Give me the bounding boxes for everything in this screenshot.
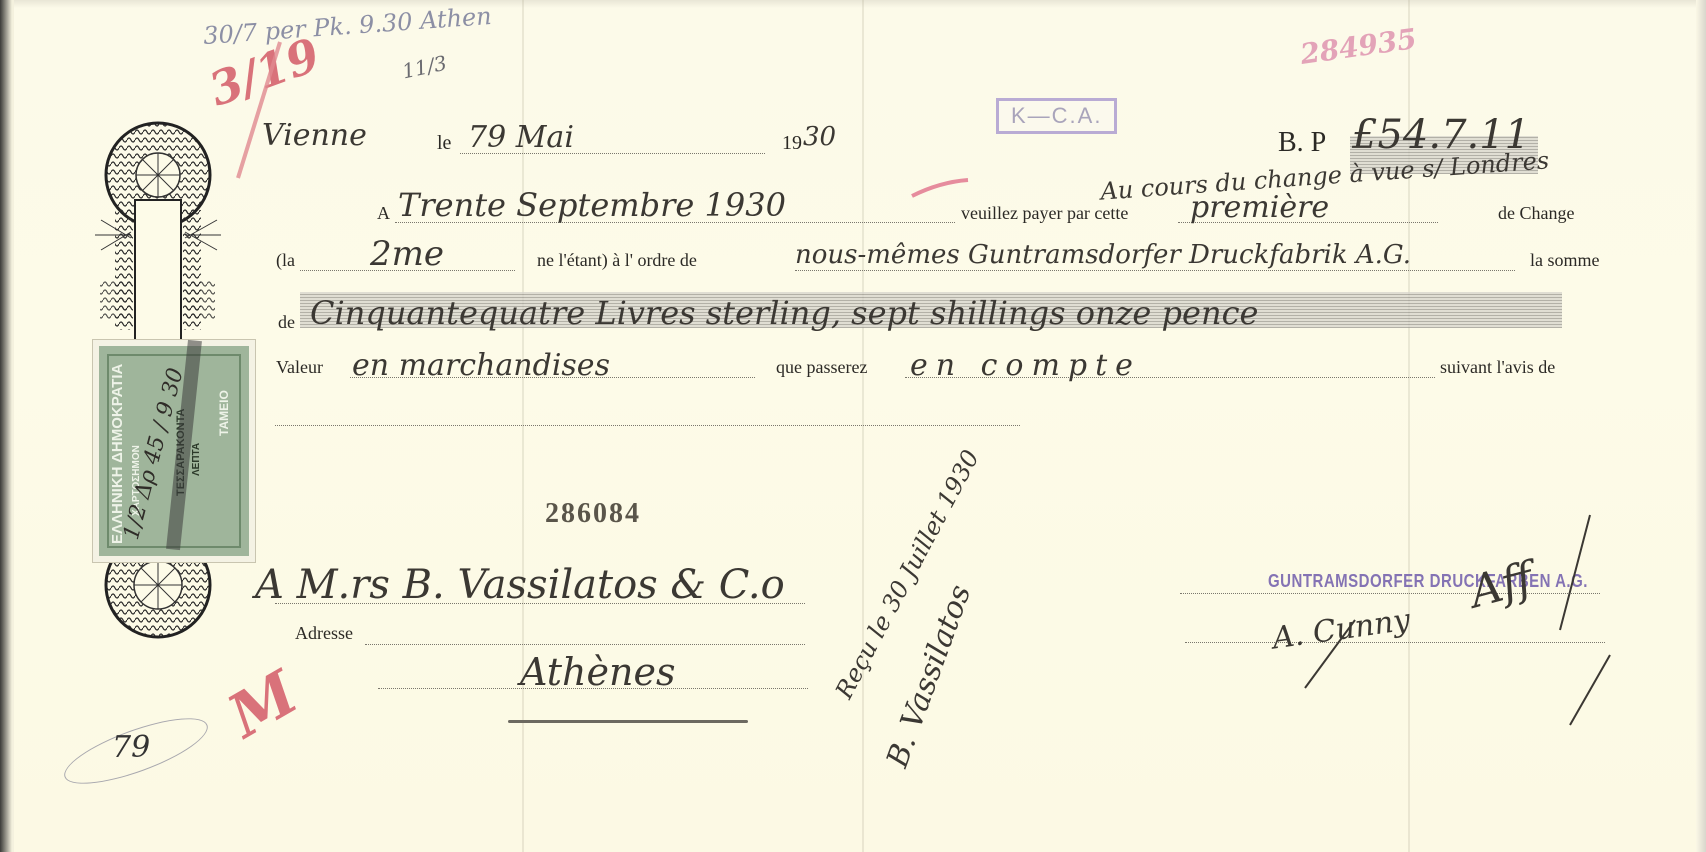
date-handwritten: 79 Mai [468,120,574,155]
circled-number: 79 [112,730,150,765]
signature-stroke [1550,510,1630,730]
address-label: Adresse [295,623,353,644]
le-label: le [437,132,451,155]
drawer-line-2 [1185,642,1605,643]
red-pencil-slash [230,40,290,180]
copy-handwritten: première [1190,190,1329,225]
value-handwritten: en marchandises [352,348,610,383]
drawer-signature-2: Aff [1464,553,1538,619]
account-handwritten: en compte [910,348,1141,383]
revenue-stamp-value-sub: ΛΕΠΤΑ [191,443,202,476]
red-mark [910,178,970,200]
sum-handwritten: Cinquantequatre Livres sterling, sept sh… [310,294,1258,332]
line2-text: ne l'étant) à l' ordre de [537,250,697,271]
serial-number: 286084 [545,498,641,530]
line1-text: veuillez payer par cette [961,203,1128,224]
copy-number-handwritten: 2me [370,234,444,274]
kca-stamp: K—C.A. [996,98,1117,134]
line1-prefix: A [377,203,390,224]
line2-end: la somme [1530,250,1600,271]
year-prefix: 19 [782,132,802,155]
line4-end: suivant l'avis de [1440,357,1555,378]
due-date-handwritten: Trente Septembre 1930 [398,186,786,224]
small-pencil-note: 11/3 [400,51,449,84]
red-pencil-mark: M [217,658,310,752]
line2-prefix: (la [276,250,295,271]
advice-line [275,425,1020,426]
city-underline [508,720,748,723]
address-line-1 [365,644,805,645]
revenue-stamp: ΕΛΛΗΝΙΚΗ ΔΗΜΟΚΡΑΤΙΑ ΧΑΡΤΟΣΗΜΟΝ ΤΕΣΣΑΡΑΚΟ… [93,340,255,562]
year-suffix-handwritten: 30 [803,122,836,152]
signature-stroke [1300,620,1360,690]
company-stamp: GUNTRAMSDORFER DRUCKFARBEN A.G. [1268,571,1588,592]
payee-line [795,270,1515,271]
bill-of-exchange-paper: 30/7 per Pk. 9.30 Athen 284935 3/19 11/3… [0,0,1706,852]
reference-number-red: 284935 [1298,22,1418,71]
line1-end: de Change [1498,203,1574,224]
city-handwritten: Athènes [520,650,675,694]
revenue-stamp-bottom: ΤΑΜΕΙΟ [217,390,231,436]
acceptance-note-handwritten: Reçu le 30 Juillet 1930 [830,445,985,703]
line4-prefix: Valeur [276,357,323,378]
bp-label: B. P [1278,127,1326,159]
drawee-name-handwritten: A M.rs B. Vassilatos & C.o [255,562,785,608]
payee-handwritten: nous-mêmes Guntramsdorfer Druckfabrik A.… [795,240,1411,270]
drawer-line-1 [1180,593,1600,594]
line3-prefix: de [278,312,295,333]
line4-text: que passerez [776,357,867,378]
fold-line [862,0,864,852]
